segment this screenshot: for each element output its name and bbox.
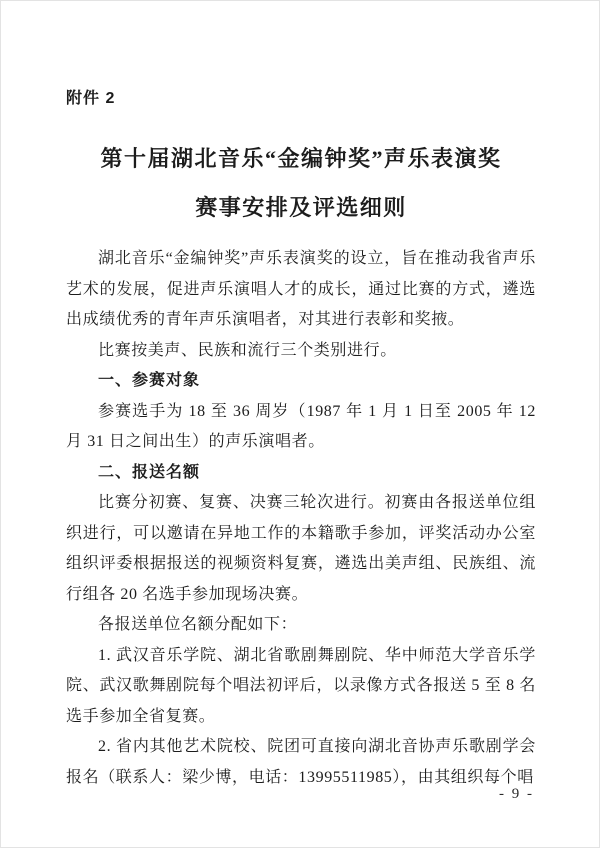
section-paragraph: 参赛选手为 18 至 36 周岁（1987 年 1 月 1 日至 2005 年 …	[66, 397, 536, 458]
document-title-line2: 赛事安排及评选细则	[195, 195, 407, 220]
section-paragraph: 比赛分初赛、复赛、决赛三轮次进行。初赛由各报送单位组织进行，可以邀请在异地工作的…	[66, 488, 536, 610]
attachment-label: 附件 2	[66, 88, 536, 110]
document-body: 湖北音乐“金编钟奖”声乐表演奖的设立，旨在推动我省声乐艺术的发展，促进声乐演唱人…	[66, 244, 536, 793]
section-paragraph: 2. 省内其他艺术院校、院团可直接向湖北音协声乐歌剧学会报名（联系人：梁少博，电…	[66, 732, 536, 793]
section-heading-quota: 二、报送名额	[66, 458, 536, 489]
section-paragraph: 各报送单位名额分配如下：	[66, 610, 536, 641]
section-heading-participants: 一、参赛对象	[66, 366, 536, 397]
section-paragraph: 1. 武汉音乐学院、湖北省歌剧舞剧院、华中师范大学音乐学院、武汉歌舞剧院每个唱法…	[66, 641, 536, 733]
intro-paragraph: 湖北音乐“金编钟奖”声乐表演奖的设立，旨在推动我省声乐艺术的发展，促进声乐演唱人…	[66, 244, 536, 336]
document-title: 第十届湖北音乐“金编钟奖”声乐表演奖 赛事安排及评选细则	[66, 134, 536, 232]
page-number: - 9 -	[499, 786, 534, 803]
document-page: 附件 2 第十届湖北音乐“金编钟奖”声乐表演奖 赛事安排及评选细则 湖北音乐“金…	[0, 0, 600, 848]
intro-paragraph: 比赛按美声、民族和流行三个类别进行。	[66, 336, 536, 367]
document-title-line1: 第十届湖北音乐“金编钟奖”声乐表演奖	[100, 146, 501, 171]
